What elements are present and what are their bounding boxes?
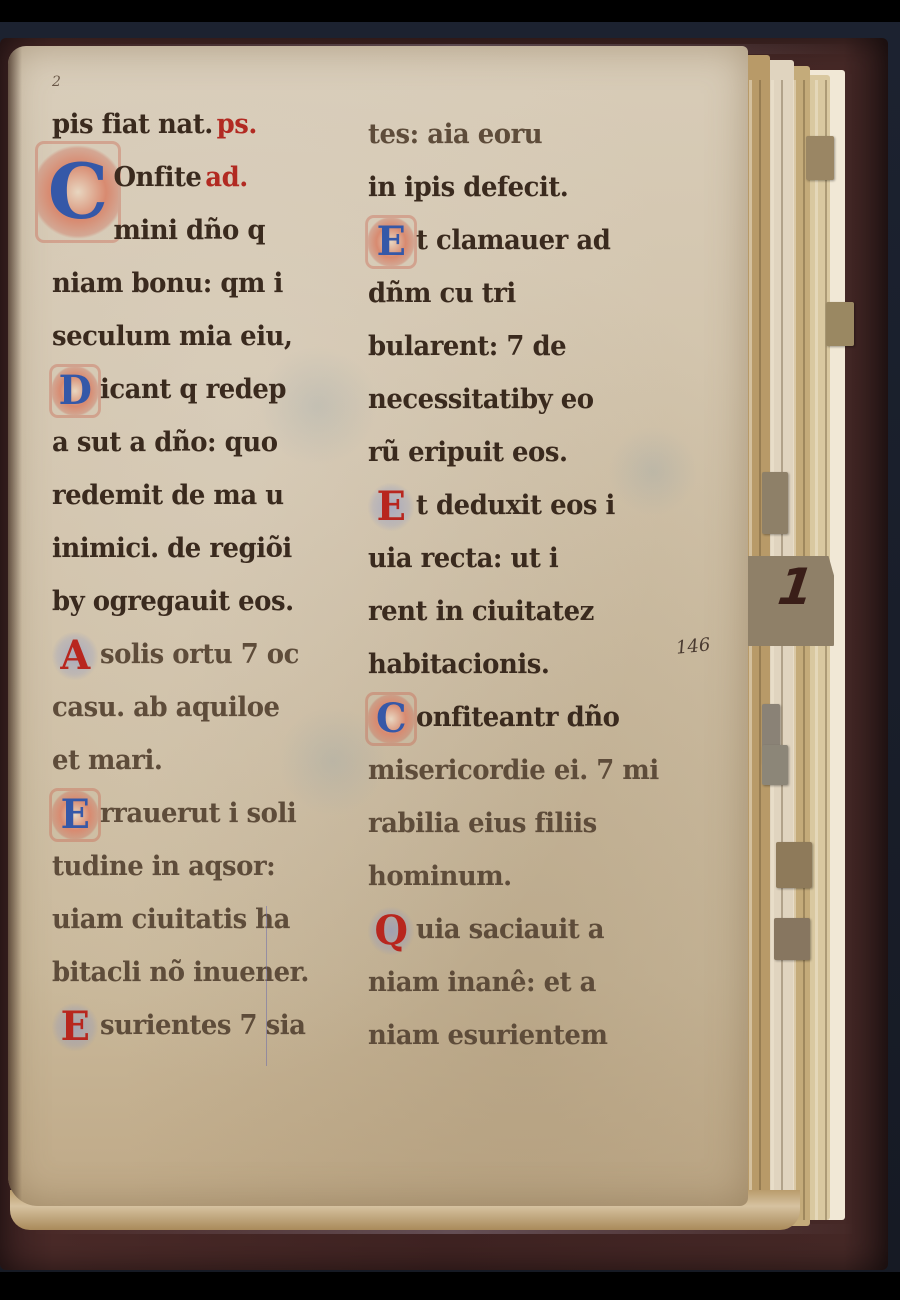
text-line: et mari. bbox=[52, 734, 340, 787]
line-text: Onfite bbox=[113, 162, 201, 193]
illuminated-initial: E bbox=[52, 791, 98, 839]
text-line: Dicant q redep bbox=[52, 363, 340, 416]
line-text: icant q redep bbox=[100, 374, 286, 405]
red-initial: A bbox=[52, 632, 98, 680]
text-line: uia recta: ut i bbox=[368, 532, 656, 585]
text-line: niam inanê: et a bbox=[368, 956, 656, 1009]
text-line: tudine in aqsor: bbox=[52, 840, 340, 893]
left-column: pis fiat nat.ps. C Onfitead. mini dño q … bbox=[52, 98, 352, 1052]
line-text: uia saciauit a bbox=[416, 914, 604, 945]
marker-tab-number: 1 bbox=[769, 558, 823, 616]
text-line: bitacli nõ inuener. bbox=[52, 946, 340, 999]
text-line: Onfitead. bbox=[52, 151, 340, 204]
red-initial: Q bbox=[368, 907, 414, 955]
text-line: by ogregauit eos. bbox=[52, 575, 340, 628]
red-initial: E bbox=[368, 483, 414, 531]
illuminated-initial: C bbox=[368, 695, 414, 743]
text-line: redemit de ma u bbox=[52, 469, 340, 522]
right-column: tes: aia eoru in ipis defecit. Et clamau… bbox=[368, 108, 668, 1062]
line-text: onfiteantr dño bbox=[416, 702, 619, 733]
rubric: ad. bbox=[205, 162, 248, 193]
vellum-page: 2 pis fiat nat.ps. C Onfitead. mini dño … bbox=[8, 46, 748, 1206]
text-line: misericordie ei. 7 mi bbox=[368, 744, 656, 797]
text-line: niam bonu: qm i bbox=[52, 257, 340, 310]
text-line: Esurientes 7 sia bbox=[52, 999, 340, 1052]
text-line: uiam ciuitatis ha bbox=[52, 893, 340, 946]
text-line: seculum mia eiu, bbox=[52, 310, 340, 363]
text-line: rabilia eius filiis bbox=[368, 797, 656, 850]
text-line: rent in ciuitatez bbox=[368, 585, 656, 638]
text-line: casu. ab aquiloe bbox=[52, 681, 340, 734]
text-line: Errauerut i soli bbox=[52, 787, 340, 840]
line-text: rrauerut i soli bbox=[100, 798, 296, 829]
text-line: dñm cu tri bbox=[368, 267, 656, 320]
red-initial: E bbox=[52, 1003, 98, 1051]
illuminated-initial: D bbox=[52, 367, 98, 415]
line-text: t clamauer ad bbox=[416, 225, 610, 256]
page-tab bbox=[826, 302, 854, 346]
text-line: rũ eripuit eos. bbox=[368, 426, 656, 479]
page-tab bbox=[762, 745, 788, 785]
text-line: habitacionis. bbox=[368, 638, 656, 691]
text-line: mini dño q bbox=[52, 204, 340, 257]
page-tab bbox=[806, 136, 834, 180]
line-text: solis ortu 7 oc bbox=[100, 639, 299, 670]
text-line: inimici. de regiõi bbox=[52, 522, 340, 575]
page-tab bbox=[774, 918, 810, 960]
text-line: a sut a dño: quo bbox=[52, 416, 340, 469]
text-line: necessitatiby eo bbox=[368, 373, 656, 426]
text-line: in ipis defecit. bbox=[368, 161, 656, 214]
ruling-line bbox=[266, 906, 267, 1066]
folio-number: 146 bbox=[675, 634, 711, 658]
text-line: tes: aia eoru bbox=[368, 108, 656, 161]
text-line: niam esurientem bbox=[368, 1009, 656, 1062]
page-tab bbox=[762, 472, 788, 534]
text-line: hominum. bbox=[368, 850, 656, 903]
line-text: surientes 7 sia bbox=[100, 1010, 305, 1041]
line-text: pis fiat nat. bbox=[52, 109, 213, 140]
leaf-mark: 2 bbox=[52, 74, 61, 90]
text-line: Et deduxit eos i bbox=[368, 479, 656, 532]
text-line: Et clamauer ad bbox=[368, 214, 656, 267]
text-line: Confiteantr dño bbox=[368, 691, 656, 744]
rubric: ps. bbox=[217, 109, 257, 140]
marker-tab: 1 bbox=[742, 556, 834, 646]
text-line: bularent: 7 de bbox=[368, 320, 656, 373]
illuminated-initial: E bbox=[368, 218, 414, 266]
page-tab bbox=[776, 842, 812, 888]
manuscript-photo: 1 2 pis fiat nat.ps. C Onfitead. mini dñ… bbox=[0, 0, 900, 1300]
text-line: Quia saciauit a bbox=[368, 903, 656, 956]
line-text: t deduxit eos i bbox=[416, 490, 615, 521]
text-line: Asolis ortu 7 oc bbox=[52, 628, 340, 681]
